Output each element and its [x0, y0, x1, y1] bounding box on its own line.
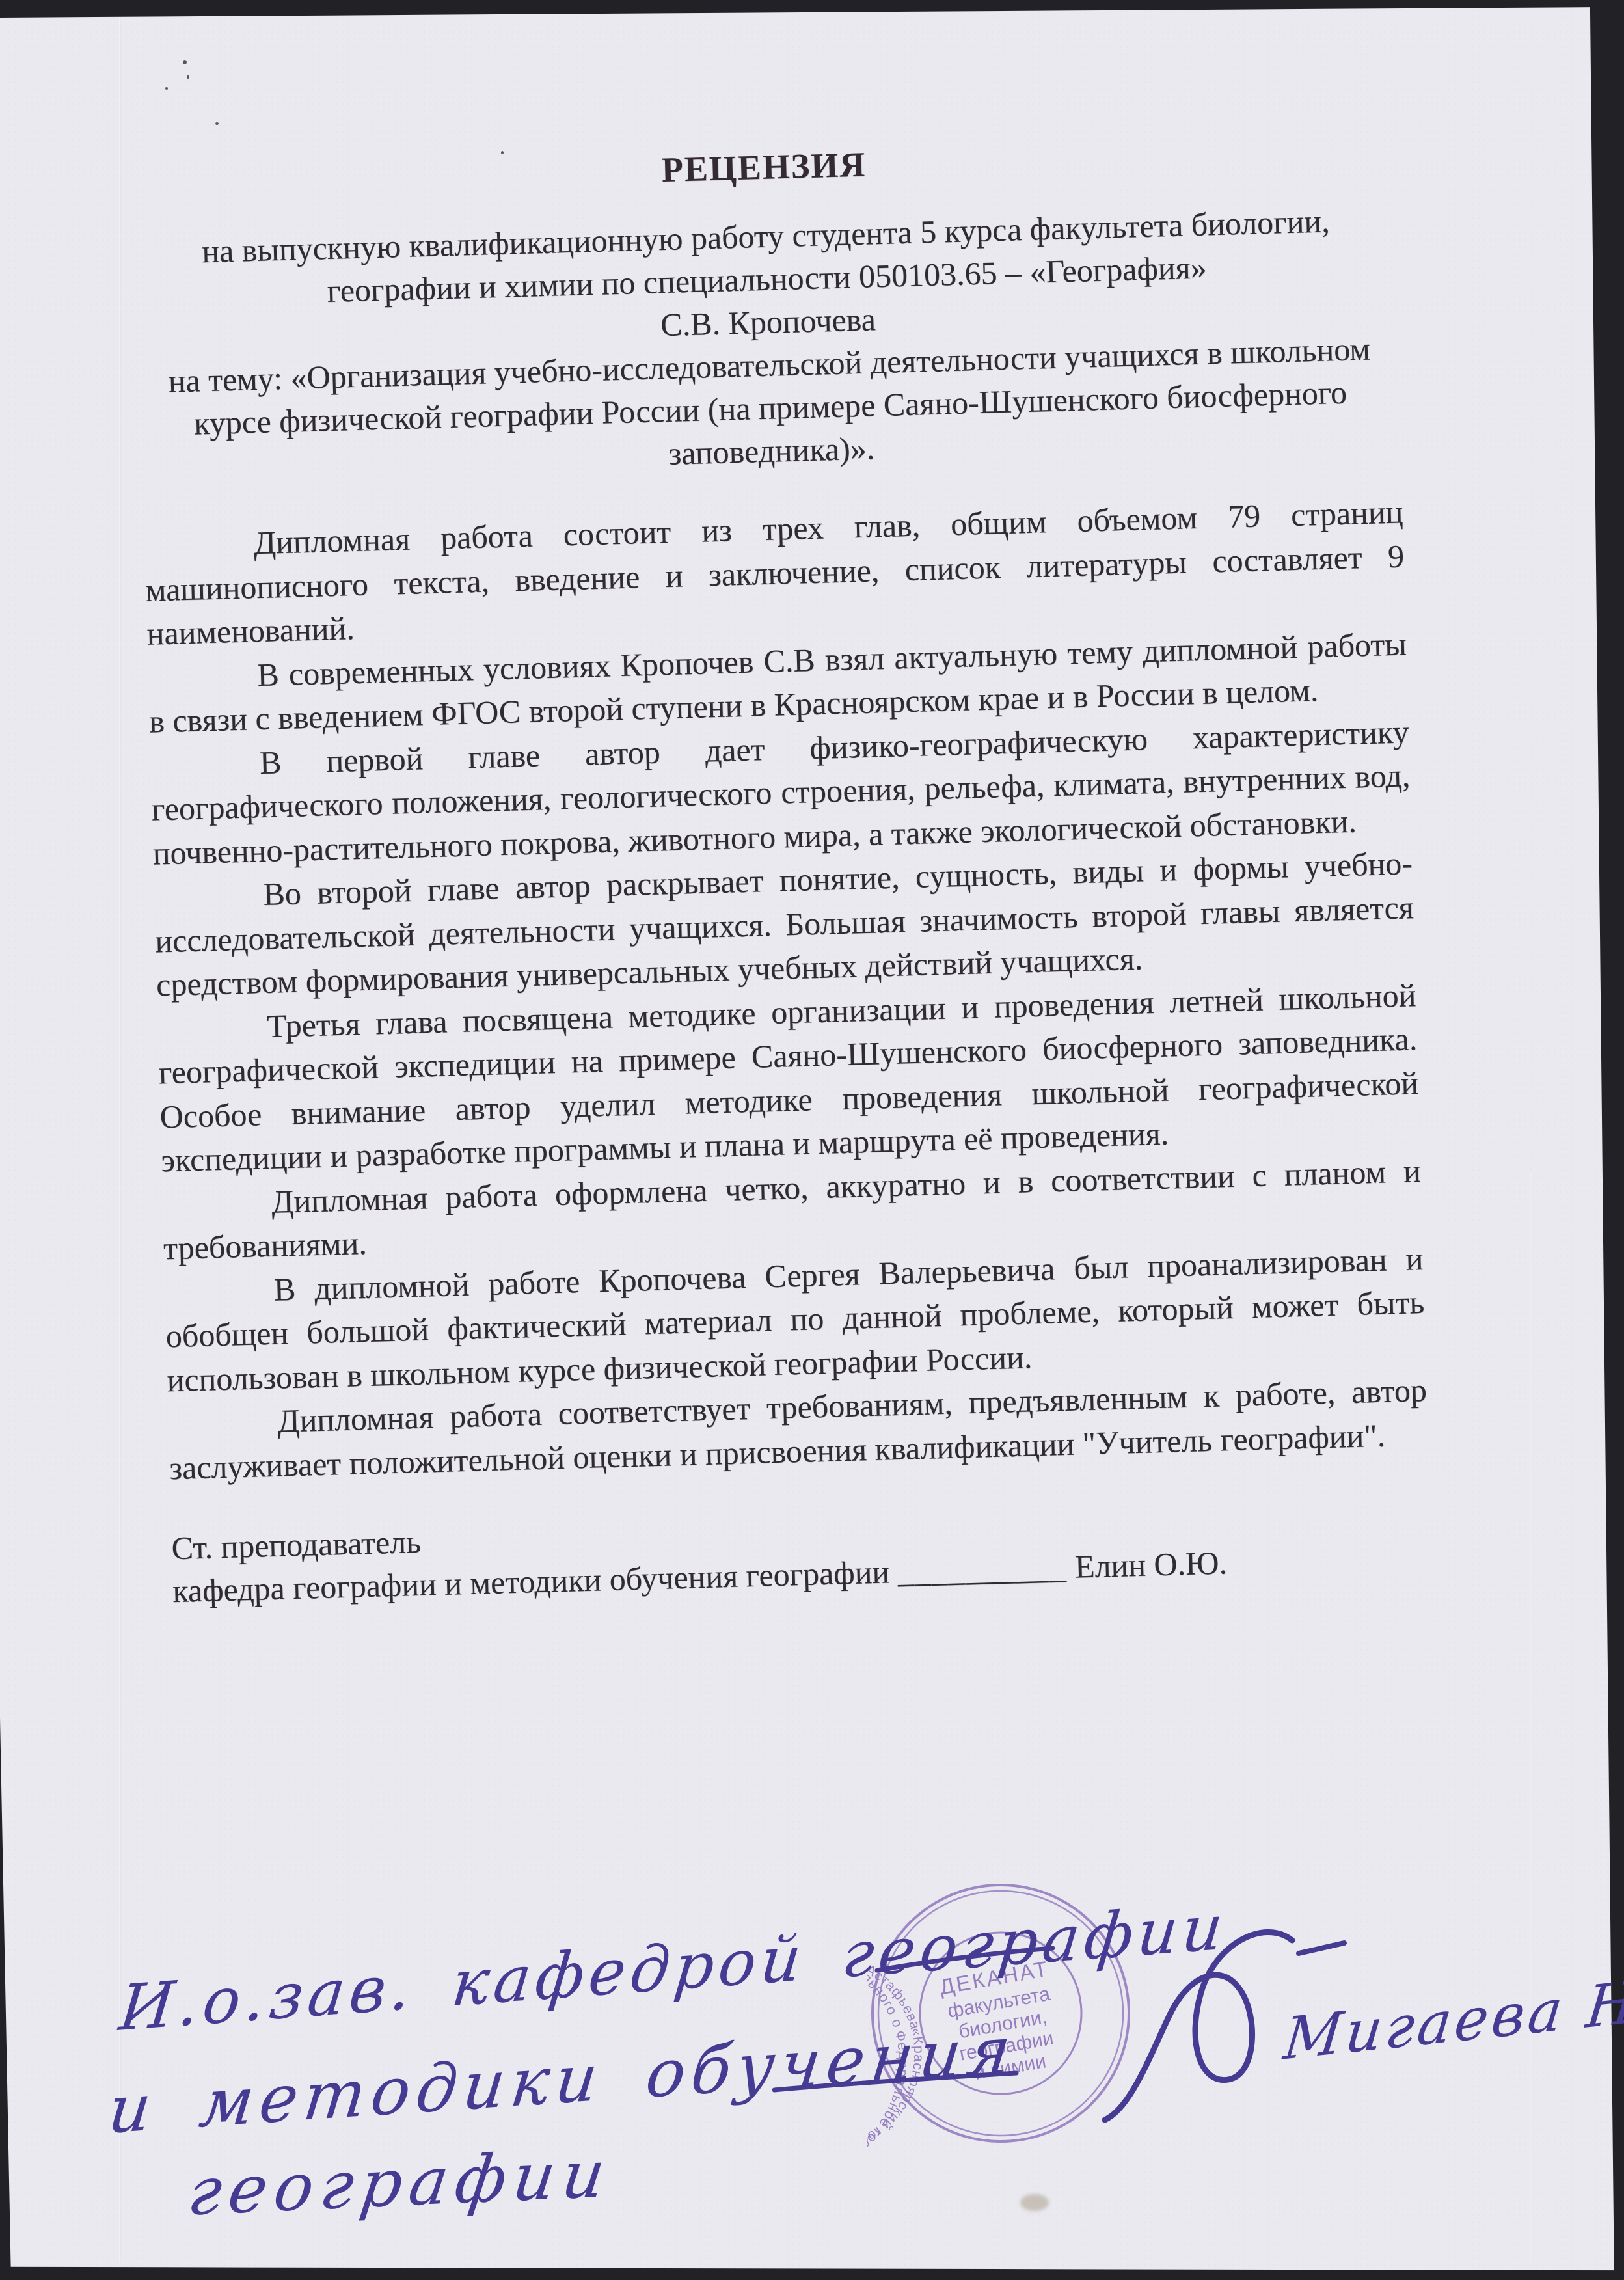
ink-speck: [183, 60, 187, 64]
ink-speck: [165, 87, 168, 90]
reviewer-name: Елин О.Ю.: [1074, 1544, 1227, 1584]
paper-smudge: [1020, 2194, 1049, 2211]
scan-edge-top: [0, 0, 1624, 18]
scan-edge-right: [1586, 0, 1624, 2280]
paper-fold-line: [1530, 1171, 1532, 2262]
paper-fold-line: [119, 18, 121, 2262]
signature-flourish-dash: [1299, 1943, 1344, 1953]
review-body: Дипломная работа состоит из трех глав, о…: [144, 490, 1428, 1490]
page-title: РЕЦЕНЗИЯ: [134, 130, 1394, 204]
document-header: на выпускную квалификационную работу сту…: [136, 198, 1401, 489]
signature-line-blank: __________: [897, 1549, 1067, 1590]
scan-edge-left: [0, 1718, 13, 2280]
typed-text-block: РЕЦЕНЗИЯ на выпускную квалификационную р…: [133, 104, 1432, 1613]
ink-speck: [187, 75, 189, 79]
body-paragraph: Третья глава посвящена методике организа…: [157, 973, 1420, 1183]
handwritten-signature: Мигаева Н.А: [1280, 1961, 1624, 2073]
signoff-block: Ст. преподаватель кафедра географии и ме…: [171, 1493, 1432, 1612]
handwriting-line-3: географии: [184, 2135, 617, 2230]
scan-edge-bottom: [0, 2262, 1624, 2280]
scanned-page: РЕЦЕНЗИЯ на выпускную квалификационную р…: [0, 0, 1624, 2280]
ink-speck: [215, 122, 219, 125]
